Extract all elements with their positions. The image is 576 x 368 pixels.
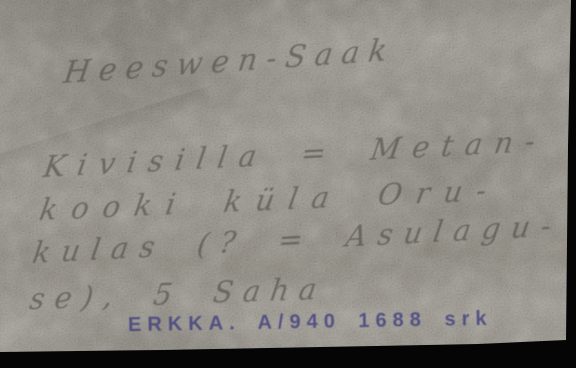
note-paper: Heeswen-Saak Kivisilla = Metan- kooki kü… — [0, 0, 576, 368]
photo-backdrop: Heeswen-Saak Kivisilla = Metan- kooki kü… — [0, 0, 576, 368]
